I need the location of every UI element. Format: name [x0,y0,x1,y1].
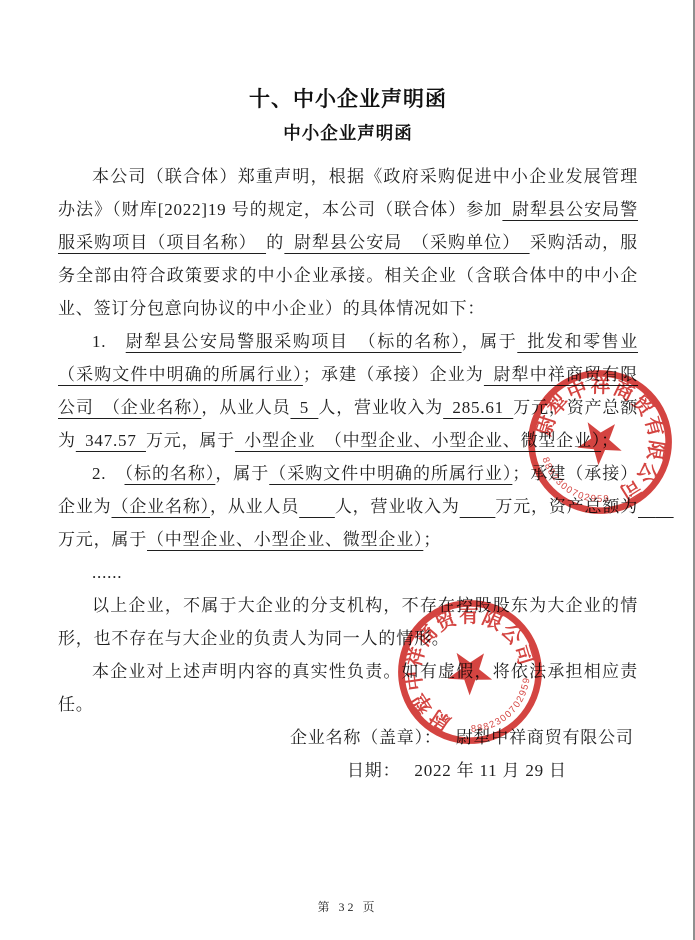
paragraph: 本公司（联合体）郑重声明，根据《政府采购促进中小企业发展管理办法》（财库[202… [58,160,638,325]
text-run: 万元，属于 [58,530,147,549]
underlined-field: 尉犁县公安局 （采购单位） [284,233,529,252]
text-run: 万元，属于 [146,431,235,450]
page-number: 第 32 页 [0,898,695,915]
text-run: 以上企业，不属于大企业的分支机构，不存在控股股东为大企业的情形，也不存在与大企业… [58,596,638,648]
document-page: 十、中小企业声明函 中小企业声明函 本公司（联合体）郑重声明，根据《政府采购促进… [0,0,695,940]
text-run: ； [423,530,441,549]
text-run: 人，营业收入为 [335,497,460,516]
paragraph: 以上企业，不属于大企业的分支机构，不存在控股股东为大企业的情形，也不存在与大企业… [58,589,638,655]
text-run: ，属于 [215,464,269,483]
signature-date-line: 日期：2022 年 11 月 29 日 [58,754,638,787]
paragraph: ...... [58,556,638,589]
stamp-star-icon [571,410,632,471]
underlined-field: （采购文件中明确的所属行业） [269,464,512,483]
text-run: ，属于 [462,332,518,351]
text-run: ，从业人员 [210,497,299,516]
underlined-field: 285.61 [443,398,513,417]
underlined-field [460,497,496,516]
underlined-field: （标的名称） [125,464,216,483]
text-run: 1. [92,332,126,351]
underlined-field: （企业名称） [112,497,211,516]
text-run: ...... [92,563,122,582]
text-run: 2. [92,464,125,483]
date-value: 2022 年 11 月 29 日 [414,761,566,780]
underlined-field: 347.57 [76,431,146,450]
text-run: 人，营业收入为 [318,398,443,417]
company-seal-label: 企业名称（盖章）： [290,728,442,747]
stamp-star-icon [438,640,499,700]
document-title: 中小企业声明函 [58,119,638,147]
date-label: 日期： [347,761,400,780]
text-run: ，从业人员 [201,398,290,417]
section-title: 十、中小企业声明函 [58,86,638,114]
text-run: 的 [266,233,284,252]
underlined-field: 尉犁县公安局警服采购项目 （标的名称） [126,332,462,351]
underlined-field [299,497,335,516]
underlined-field: 5 [290,398,318,417]
signature-company-line: 企业名称（盖章）：尉犁中祥商贸有限公司 [58,721,638,754]
underlined-field: （中型企业、小型企业、微型企业） [147,530,423,549]
text-run: ；承建（承接）企业为 [303,365,484,384]
